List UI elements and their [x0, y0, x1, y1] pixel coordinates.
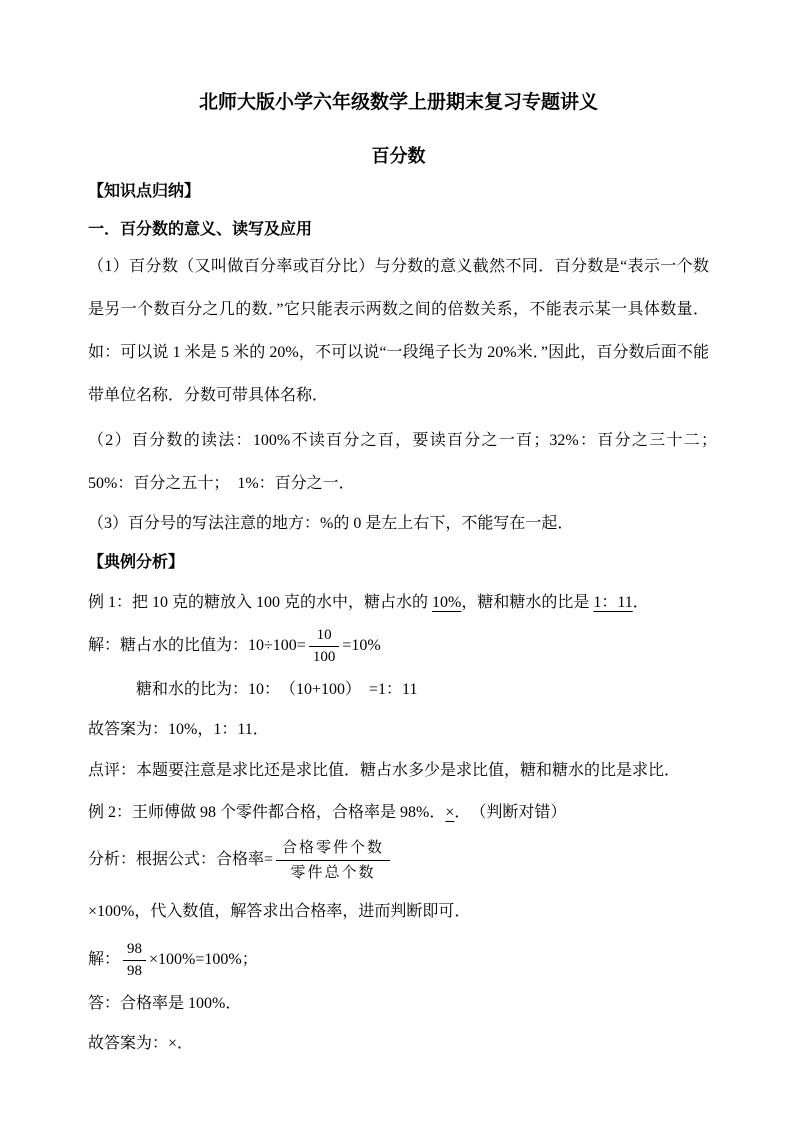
- example-1-solution-line-1: 解：糖占水的比值为：10÷100=10100=10%: [88, 623, 709, 670]
- fraction-denominator: 98: [123, 961, 146, 982]
- fraction-numerator: 10: [309, 625, 340, 647]
- document-subtitle: 百分数: [88, 144, 709, 168]
- fraction-10-over-100: 10100: [309, 625, 340, 668]
- paragraph-1-meaning: （1）百分数（又叫做百分率或百分比）与分数的意义截然不同．百分数是“表示一个数是…: [88, 245, 709, 417]
- example-1-comment: 点评：本题要注意是求比还是求比值．糖占水多少是求比值，糖和糖水的比是求比．: [88, 750, 709, 792]
- example-1-stem-suffix: ．: [633, 594, 649, 611]
- fraction-denominator: 零件总个数: [276, 861, 390, 885]
- example-1-answer: 故答案为：10%，1：11．: [88, 710, 709, 750]
- knowledge-points-header: 【知识点归纳】: [88, 180, 709, 204]
- example-2-solution-suffix: ×100%=100%；: [149, 951, 258, 968]
- paragraph-3-writing: （3）百分号的写法注意的地方：%的 0 是左上右下，不能写在一起．: [88, 505, 709, 543]
- paragraph-2-reading: （2）百分数的读法：100%不读百分之百，要读百分之一百；32%：百分之三十二；…: [88, 419, 709, 505]
- example-2-solution-line: 解：9898×100%=100%；: [88, 937, 709, 984]
- example-2-analysis-line-2: ×100%，代入数值，解答求出合格率，进而判断即可．: [88, 887, 709, 937]
- document-title: 北师大版小学六年级数学上册期末复习专题讲义: [88, 90, 709, 116]
- fraction-numerator: 98: [123, 939, 146, 961]
- document-page: 北师大版小学六年级数学上册期末复习专题讲义 百分数 【知识点归纳】 一．百分数的…: [0, 0, 793, 1122]
- example-1-solution-line-2: 糖和水的比为：10： （10+100） =1：11: [88, 670, 709, 710]
- example-1-blank-1: 10%: [432, 594, 461, 611]
- examples-header: 【典例分析】: [88, 543, 709, 583]
- example-2-analysis-line-1: 分析：根据公式：合格率=合格零件个数零件总个数: [88, 834, 709, 887]
- example-1-stem-prefix: 例 1：把 10 克的糖放入 100 克的水中，糖占水的: [88, 594, 432, 611]
- example-1-solution-suffix: =10%: [342, 637, 380, 654]
- example-1-stem: 例 1：把 10 克的糖放入 100 克的水中，糖占水的 10%，糖和糖水的比是…: [88, 583, 709, 623]
- example-2-final-answer: 故答案为：×．: [88, 1024, 709, 1064]
- fraction-98-over-98: 9898: [123, 939, 146, 982]
- fraction-qualified-parts-over-total-parts: 合格零件个数零件总个数: [276, 836, 390, 885]
- example-2-answer: 答：合格率是 100%．: [88, 984, 709, 1024]
- section-1-title: 一．百分数的意义、读写及应用: [88, 218, 709, 242]
- example-2-stem: 例 2：王师傅做 98 个零件都合格，合格率是 98%．×． （判断对错）: [88, 792, 709, 834]
- example-1-stem-mid: ，糖和糖水的比是: [461, 594, 593, 611]
- fraction-denominator: 100: [309, 647, 340, 668]
- example-2-stem-suffix: ． （判断对错）: [454, 804, 566, 821]
- example-2-solution-prefix: 解：: [88, 951, 120, 968]
- example-2-analysis-prefix: 分析：根据公式：合格率=: [88, 851, 273, 868]
- example-1-solution-prefix: 解：糖占水的比值为：10÷100=: [88, 637, 306, 654]
- example-1-blank-2: 1：11: [593, 594, 632, 611]
- fraction-numerator: 合格零件个数: [276, 836, 390, 861]
- example-2-stem-prefix: 例 2：王师傅做 98 个零件都合格，合格率是 98%．: [88, 804, 445, 821]
